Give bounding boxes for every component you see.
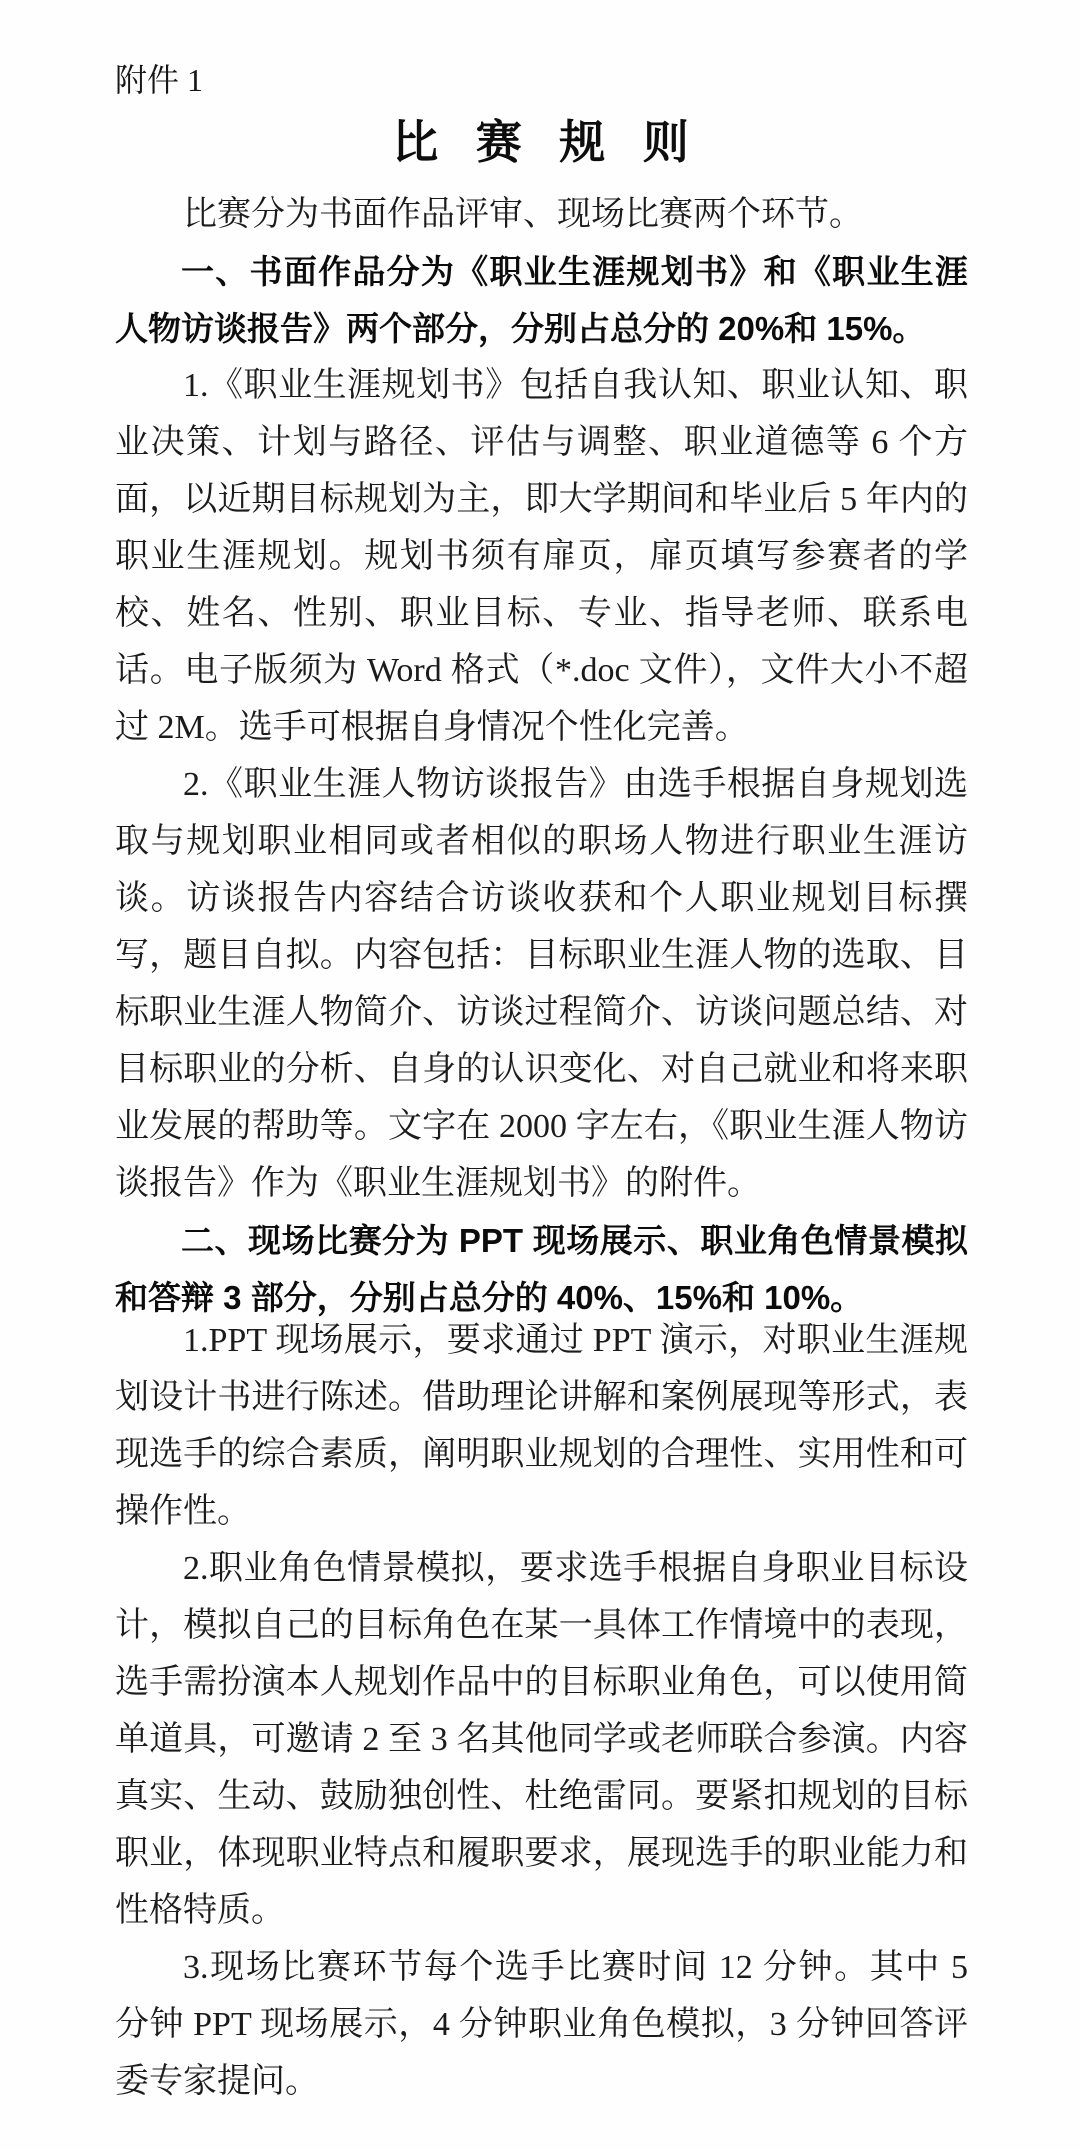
paragraph: 3.现场比赛环节每个选手比赛时间 12 分钟。其中 5 分钟 PPT 现场展示，…	[115, 1939, 968, 2110]
document-title: 比 赛 规 则	[115, 114, 968, 172]
document-body: 比赛分为书面作品评审、现场比赛两个环节。一、书面作品分为《职业生涯规划书》和《职…	[115, 186, 968, 2110]
paragraph: 比赛分为书面作品评审、现场比赛两个环节。	[115, 186, 968, 243]
paragraph: 1.《职业生涯规划书》包括自我认知、职业认知、职业决策、计划与路径、评估与调整、…	[115, 357, 968, 756]
paragraph: 一、书面作品分为《职业生涯规划书》和《职业生涯人物访谈报告》两个部分，分别占总分…	[115, 243, 968, 357]
attachment-label: 附件 1	[115, 58, 968, 102]
paragraph: 1.PPT 现场展示，要求通过 PPT 演示，对职业生涯规划设计书进行陈述。借助…	[115, 1312, 968, 1540]
document-page: 附件 1 比 赛 规 则 比赛分为书面作品评审、现场比赛两个环节。一、书面作品分…	[0, 0, 1080, 2150]
paragraph: 2.《职业生涯人物访谈报告》由选手根据自身规划选取与规划职业相同或者相似的职场人…	[115, 756, 968, 1212]
paragraph: 二、现场比赛分为 PPT 现场展示、职业角色情景模拟和答辩 3 部分，分别占总分…	[115, 1212, 968, 1326]
paragraph: 2.职业角色情景模拟，要求选手根据自身职业目标设计，模拟自己的目标角色在某一具体…	[115, 1540, 968, 1939]
